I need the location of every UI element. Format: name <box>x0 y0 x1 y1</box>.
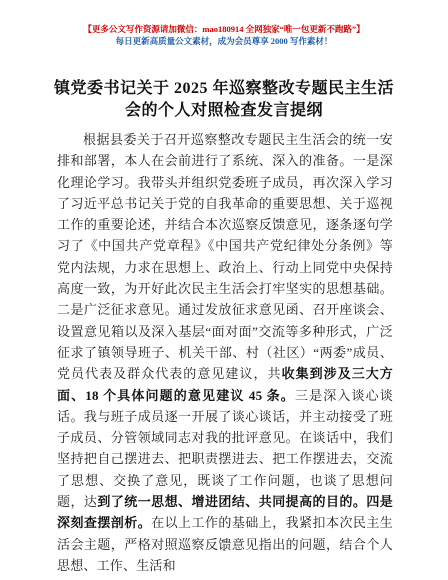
title-line-2: 会的个人对照检查发言提纲 <box>0 100 448 122</box>
promo-line-blue: 每日更新高质量公文素材，成为会员尊享 2000 写作素材！ <box>0 35 448 47</box>
title-line-1: 镇党委书记关于 2025 年巡察整改专题民主生活 <box>0 78 448 100</box>
body-text: 根据县委关于召开巡察整改专题民主生活会的统一安排和部署，本人在会前进行了系统、深… <box>57 132 393 381</box>
document-page: 【更多公文写作资源请加微信：mao180914 全网独家“唯一包更新不跑路”】 … <box>0 0 448 580</box>
promo-line-red: 【更多公文写作资源请加微信：mao180914 全网独家“唯一包更新不跑路”】 <box>0 23 448 35</box>
body-paragraph: 根据县委关于召开巡察整改专题民主生活会的统一安排和部署，本人在会前进行了系统、深… <box>57 129 393 576</box>
body-text: 三是深入谈心谈话。我与班子成员逐一开展了谈心谈话，并主动接受了班子成员、分管领域… <box>57 388 393 509</box>
promo-banner: 【更多公文写作资源请加微信：mao180914 全网独家“唯一包更新不跑路”】 … <box>0 0 448 47</box>
document-title: 镇党委书记关于 2025 年巡察整改专题民主生活 会的个人对照检查发言提纲 <box>0 78 448 122</box>
page-number: 1 <box>0 543 448 554</box>
